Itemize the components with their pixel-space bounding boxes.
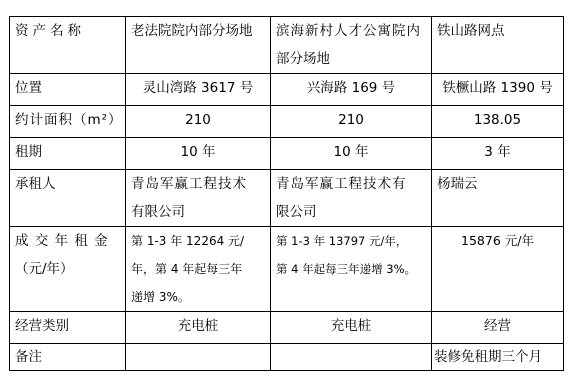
cell-rent-1-line1: 第 1-3 年 12264 元/ <box>131 227 265 255</box>
row-label-term: 租期 <box>10 138 126 170</box>
row-label-lessee: 承租人 <box>10 170 126 227</box>
cell-lessee-2-line2: 限公司 <box>276 198 426 226</box>
cell-lessee-1: 青岛军赢工程技术 有限公司 <box>126 170 271 227</box>
table-row-location: 位置 灵山湾路 3617 号 兴海路 169 号 铁橛山路 1390 号 <box>10 74 564 106</box>
table-row-area: 约计面积（m²） 210 210 138.05 <box>10 106 564 138</box>
cell-remarks-1 <box>126 344 271 371</box>
cell-remarks-2 <box>271 344 432 371</box>
cell-lessee-1-line1: 青岛军赢工程技术 <box>131 170 265 198</box>
table-row-annual-rent: 成 交 年 租 金 （元/年） 第 1-3 年 12264 元/ 年，第 4 年… <box>10 227 564 312</box>
cell-area-1: 210 <box>126 106 271 138</box>
row-label-business-type: 经营类别 <box>10 312 126 344</box>
cell-location-3: 铁橛山路 1390 号 <box>432 74 564 106</box>
cell-lessee-2-line1: 青岛军赢工程技术有 <box>276 170 426 198</box>
cell-rent-1-line3: 递增 3%。 <box>131 283 265 311</box>
cell-asset-name-2-line1: 滨海新村人才公寓院内 <box>276 17 426 45</box>
row-label-asset-name: 资产名称 <box>10 17 126 74</box>
row-label-area: 约计面积（m²） <box>10 106 126 138</box>
cell-asset-name-3: 铁山路网点 <box>432 17 564 74</box>
cell-location-1: 灵山湾路 3617 号 <box>126 74 271 106</box>
row-label-annual-rent: 成 交 年 租 金 （元/年） <box>10 227 126 312</box>
cell-area-2: 210 <box>271 106 432 138</box>
cell-term-1: 10 年 <box>126 138 271 170</box>
table-row-term: 租期 10 年 10 年 3 年 <box>10 138 564 170</box>
cell-rent-1: 第 1-3 年 12264 元/ 年，第 4 年起每三年 递增 3%。 <box>126 227 271 312</box>
cell-term-3: 3 年 <box>432 138 564 170</box>
cell-business-type-3: 经营 <box>432 312 564 344</box>
cell-asset-name-2: 滨海新村人才公寓院内 部分场地 <box>271 17 432 74</box>
row-label-annual-rent-line2: （元/年） <box>15 255 120 283</box>
cell-asset-name-2-line2: 部分场地 <box>276 45 426 73</box>
cell-rent-3: 15876 元/年 <box>432 227 564 312</box>
row-label-remarks: 备注 <box>10 344 126 371</box>
cell-rent-2-line1: 第 1-3 年 13797 元/年， <box>276 227 426 255</box>
cell-lessee-3: 杨瑞云 <box>432 170 564 227</box>
table-row-remarks: 备注 装修免租期三个月 <box>10 344 564 371</box>
cell-business-type-1: 充电桩 <box>126 312 271 344</box>
cell-business-type-2: 充电桩 <box>271 312 432 344</box>
cell-rent-1-line2: 年，第 4 年起每三年 <box>131 255 265 283</box>
row-label-annual-rent-line1: 成 交 年 租 金 <box>15 227 120 255</box>
cell-asset-name-1: 老法院院内部分场地 <box>126 17 271 74</box>
cell-lessee-2: 青岛军赢工程技术有 限公司 <box>271 170 432 227</box>
cell-area-3: 138.05 <box>432 106 564 138</box>
row-label-location: 位置 <box>10 74 126 106</box>
cell-rent-2-line2: 第 4 年起每三年递增 3%。 <box>276 255 426 283</box>
cell-remarks-3: 装修免租期三个月 <box>432 344 564 371</box>
cell-term-2: 10 年 <box>271 138 432 170</box>
cell-rent-2: 第 1-3 年 13797 元/年， 第 4 年起每三年递增 3%。 <box>271 227 432 312</box>
cell-location-2: 兴海路 169 号 <box>271 74 432 106</box>
table-row-asset-name: 资产名称 老法院院内部分场地 滨海新村人才公寓院内 部分场地 铁山路网点 <box>10 17 564 74</box>
table-row-lessee: 承租人 青岛军赢工程技术 有限公司 青岛军赢工程技术有 限公司 杨瑞云 <box>10 170 564 227</box>
table-row-business-type: 经营类别 充电桩 充电桩 经营 <box>10 312 564 344</box>
asset-lease-table: 资产名称 老法院院内部分场地 滨海新村人才公寓院内 部分场地 铁山路网点 位置 … <box>9 16 564 371</box>
cell-lessee-1-line2: 有限公司 <box>131 198 265 226</box>
